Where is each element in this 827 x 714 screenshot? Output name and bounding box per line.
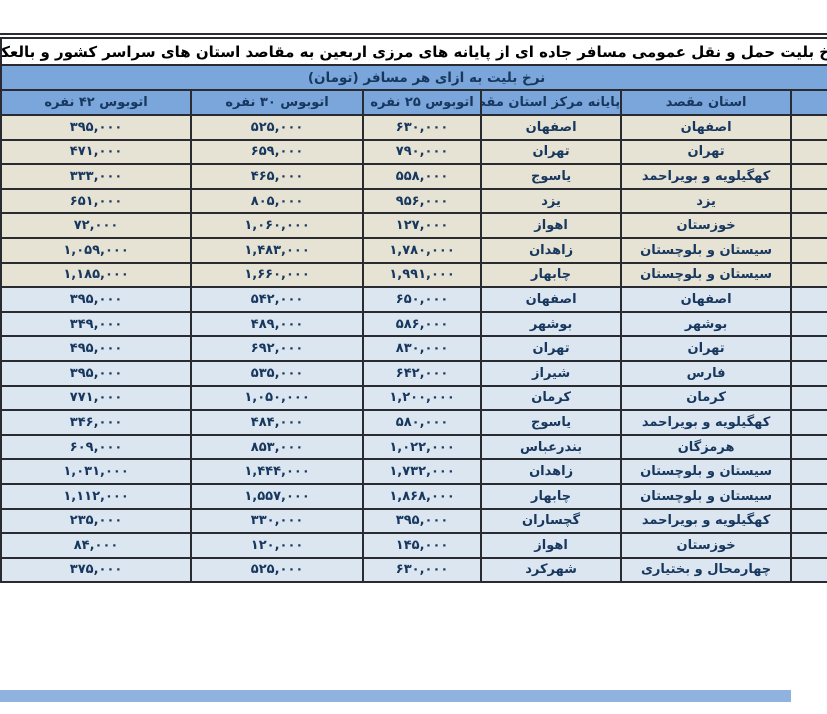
cell-bus42: ۱,۱۸۵,۰۰۰ (1, 263, 191, 288)
table-row: سیستان و بلوچستانزاهدان۱,۷۳۲,۰۰۰۱,۴۴۴,۰۰… (1, 459, 827, 484)
cell-cutoff (791, 361, 827, 386)
table-row: سیستان و بلوچستانزاهدان۱,۷۸۰,۰۰۰۱,۴۸۳,۰۰… (1, 238, 827, 263)
table-row: سیستان و بلوچستانچابهار۱,۹۹۱,۰۰۰۱,۶۶۰,۰۰… (1, 263, 827, 288)
cell-province: بوشهر (621, 312, 791, 337)
cell-terminal: شیراز (481, 361, 621, 386)
table-row: کهگیلویه و بویراحمدیاسوج۵۸۰,۰۰۰۴۸۴,۰۰۰۳۴… (1, 410, 827, 435)
cell-bus42: ۳۹۵,۰۰۰ (1, 115, 191, 140)
cell-bus30: ۳۳۰,۰۰۰ (191, 509, 363, 534)
column-header-row: استان مقصد پایانه مرکز استان مقصد اتوبوس… (1, 90, 827, 115)
cell-bus42: ۴۷۱,۰۰۰ (1, 140, 191, 165)
cell-bus42: ۶۵۱,۰۰۰ (1, 189, 191, 214)
fare-table: نرخ بلیت حمل و نقل عمومی مسافر جاده ای ا… (0, 37, 827, 583)
cell-bus42: ۲۳۵,۰۰۰ (1, 509, 191, 534)
cell-bus42: ۳۴۶,۰۰۰ (1, 410, 191, 435)
cell-bus30: ۶۹۲,۰۰۰ (191, 336, 363, 361)
cell-province: تهران (621, 140, 791, 165)
cell-bus25: ۱۲۷,۰۰۰ (363, 213, 481, 238)
cell-province: خوزستان (621, 533, 791, 558)
cell-bus42: ۱,۰۵۹,۰۰۰ (1, 238, 191, 263)
page: نرخ بلیت حمل و نقل عمومی مسافر جاده ای ا… (0, 0, 827, 714)
cell-bus30: ۱,۴۸۳,۰۰۰ (191, 238, 363, 263)
cell-province: سیستان و بلوچستان (621, 263, 791, 288)
cell-province: سیستان و بلوچستان (621, 459, 791, 484)
cell-bus30: ۵۳۵,۰۰۰ (191, 361, 363, 386)
cell-terminal: یاسوج (481, 410, 621, 435)
cell-cutoff (791, 410, 827, 435)
cell-bus42: ۳۳۳,۰۰۰ (1, 164, 191, 189)
cell-bus30: ۱,۰۵۰,۰۰۰ (191, 386, 363, 411)
cell-cutoff (791, 164, 827, 189)
cell-bus42: ۱,۱۱۲,۰۰۰ (1, 484, 191, 509)
cell-cutoff (791, 386, 827, 411)
cell-bus30: ۱۲۰,۰۰۰ (191, 533, 363, 558)
table-row: چهارمحال و بختیاریشهرکرد۶۳۰,۰۰۰۵۲۵,۰۰۰۳۷… (1, 558, 827, 583)
cell-terminal: چابهار (481, 263, 621, 288)
cell-terminal: چابهار (481, 484, 621, 509)
table-row: بوشهربوشهر۵۸۶,۰۰۰۴۸۹,۰۰۰۳۴۹,۰۰۰ (1, 312, 827, 337)
table-row: کرمانکرمان۱,۲۰۰,۰۰۰۱,۰۵۰,۰۰۰۷۷۱,۰۰۰ (1, 386, 827, 411)
table-row: اصفهاناصفهان۶۵۰,۰۰۰۵۴۲,۰۰۰۳۹۵,۰۰۰ (1, 287, 827, 312)
cell-terminal: اهواز (481, 533, 621, 558)
cell-terminal: کرمان (481, 386, 621, 411)
cell-terminal: یزد (481, 189, 621, 214)
cell-bus30: ۵۲۵,۰۰۰ (191, 558, 363, 583)
subtitle-band: نرخ بلیت به ازای هر مسافر (تومان) (1, 65, 827, 90)
table-row: یزدیزد۹۵۶,۰۰۰۸۰۵,۰۰۰۶۵۱,۰۰۰ (1, 189, 827, 214)
cell-cutoff (791, 509, 827, 534)
cell-terminal: بندرعباس (481, 435, 621, 460)
table-row: کهگیلویه و بویراحمدگچساران۳۹۵,۰۰۰۳۳۰,۰۰۰… (1, 509, 827, 534)
cell-bus25: ۵۸۰,۰۰۰ (363, 410, 481, 435)
cell-bus30: ۵۲۵,۰۰۰ (191, 115, 363, 140)
cell-bus25: ۱,۹۹۱,۰۰۰ (363, 263, 481, 288)
cell-cutoff (791, 558, 827, 583)
cell-bus42: ۳۹۵,۰۰۰ (1, 361, 191, 386)
cell-province: کهگیلویه و بویراحمد (621, 509, 791, 534)
cell-bus25: ۹۵۶,۰۰۰ (363, 189, 481, 214)
cell-bus30: ۴۸۴,۰۰۰ (191, 410, 363, 435)
cell-bus25: ۳۹۵,۰۰۰ (363, 509, 481, 534)
cell-bus25: ۱۴۵,۰۰۰ (363, 533, 481, 558)
cell-bus25: ۵۸۶,۰۰۰ (363, 312, 481, 337)
cell-bus25: ۱,۸۶۸,۰۰۰ (363, 484, 481, 509)
cell-terminal: زاهدان (481, 238, 621, 263)
col-header-province: استان مقصد (621, 90, 791, 115)
cell-bus42: ۴۹۵,۰۰۰ (1, 336, 191, 361)
col-header-bus42: اتوبوس ۴۲ نفره (1, 90, 191, 115)
cell-bus42: ۷۲,۰۰۰ (1, 213, 191, 238)
cell-cutoff (791, 533, 827, 558)
cell-bus30: ۱,۰۶۰,۰۰۰ (191, 213, 363, 238)
cell-bus30: ۴۸۹,۰۰۰ (191, 312, 363, 337)
cell-bus30: ۸۰۵,۰۰۰ (191, 189, 363, 214)
cell-bus25: ۷۹۰,۰۰۰ (363, 140, 481, 165)
cell-cutoff (791, 238, 827, 263)
cell-terminal: گچساران (481, 509, 621, 534)
table-row: فارسشیراز۶۴۲,۰۰۰۵۳۵,۰۰۰۳۹۵,۰۰۰ (1, 361, 827, 386)
cell-terminal: اصفهان (481, 115, 621, 140)
cell-bus25: ۶۴۲,۰۰۰ (363, 361, 481, 386)
table-row: سیستان و بلوچستانچابهار۱,۸۶۸,۰۰۰۱,۵۵۷,۰۰… (1, 484, 827, 509)
cell-bus30: ۱,۵۵۷,۰۰۰ (191, 484, 363, 509)
cell-province: اصفهان (621, 287, 791, 312)
table-title-row: نرخ بلیت حمل و نقل عمومی مسافر جاده ای ا… (1, 38, 827, 65)
bottom-strip (0, 690, 791, 702)
cell-bus25: ۵۵۸,۰۰۰ (363, 164, 481, 189)
table-row: تهرانتهران۷۹۰,۰۰۰۶۵۹,۰۰۰۴۷۱,۰۰۰ (1, 140, 827, 165)
cell-bus42: ۷۷۱,۰۰۰ (1, 386, 191, 411)
cell-terminal: شهرکرد (481, 558, 621, 583)
cell-province: سیستان و بلوچستان (621, 484, 791, 509)
table-row: کهگیلویه و بویراحمدیاسوج۵۵۸,۰۰۰۴۶۵,۰۰۰۳۳… (1, 164, 827, 189)
table-row: خوزستاناهواز۱۲۷,۰۰۰۱,۰۶۰,۰۰۰۷۲,۰۰۰ (1, 213, 827, 238)
cell-bus42: ۳۹۵,۰۰۰ (1, 287, 191, 312)
cell-terminal: بوشهر (481, 312, 621, 337)
cell-cutoff (791, 459, 827, 484)
cell-terminal: یاسوج (481, 164, 621, 189)
table-row: اصفهاناصفهان۶۳۰,۰۰۰۵۲۵,۰۰۰۳۹۵,۰۰۰ (1, 115, 827, 140)
col-header-bus25: اتوبوس ۲۵ نفره (363, 90, 481, 115)
cell-cutoff (791, 140, 827, 165)
cell-bus25: ۸۳۰,۰۰۰ (363, 336, 481, 361)
cell-bus25: ۶۳۰,۰۰۰ (363, 115, 481, 140)
top-border-line (0, 33, 827, 35)
cell-bus42: ۶۰۹,۰۰۰ (1, 435, 191, 460)
cell-province: کهگیلویه و بویراحمد (621, 164, 791, 189)
cell-province: اصفهان (621, 115, 791, 140)
cell-cutoff (791, 312, 827, 337)
cell-bus25: ۱,۷۳۲,۰۰۰ (363, 459, 481, 484)
cell-bus30: ۵۴۲,۰۰۰ (191, 287, 363, 312)
cell-terminal: اهواز (481, 213, 621, 238)
cell-bus30: ۴۶۵,۰۰۰ (191, 164, 363, 189)
cell-bus25: ۶۳۰,۰۰۰ (363, 558, 481, 583)
cell-cutoff (791, 115, 827, 140)
cell-bus25: ۱,۰۲۲,۰۰۰ (363, 435, 481, 460)
cell-province: کرمان (621, 386, 791, 411)
col-header-bus30: اتوبوس ۳۰ نفره (191, 90, 363, 115)
cell-bus42: ۳۴۹,۰۰۰ (1, 312, 191, 337)
cell-bus42: ۱,۰۳۱,۰۰۰ (1, 459, 191, 484)
cell-cutoff (791, 189, 827, 214)
cell-province: فارس (621, 361, 791, 386)
cell-terminal: زاهدان (481, 459, 621, 484)
cell-bus42: ۸۴,۰۰۰ (1, 533, 191, 558)
cell-cutoff (791, 336, 827, 361)
cell-province: خوزستان (621, 213, 791, 238)
page-title: نرخ بلیت حمل و نقل عمومی مسافر جاده ای ا… (1, 38, 827, 65)
cell-province: سیستان و بلوچستان (621, 238, 791, 263)
cell-province: چهارمحال و بختیاری (621, 558, 791, 583)
cell-province: یزد (621, 189, 791, 214)
cell-bus30: ۶۵۹,۰۰۰ (191, 140, 363, 165)
cell-bus30: ۸۵۳,۰۰۰ (191, 435, 363, 460)
cell-terminal: تهران (481, 140, 621, 165)
table-row: هرمزگانبندرعباس۱,۰۲۲,۰۰۰۸۵۳,۰۰۰۶۰۹,۰۰۰ (1, 435, 827, 460)
cell-terminal: تهران (481, 336, 621, 361)
table-row: تهرانتهران۸۳۰,۰۰۰۶۹۲,۰۰۰۴۹۵,۰۰۰ (1, 336, 827, 361)
cell-cutoff (791, 435, 827, 460)
cell-cutoff (791, 263, 827, 288)
table-row: خوزستاناهواز۱۴۵,۰۰۰۱۲۰,۰۰۰۸۴,۰۰۰ (1, 533, 827, 558)
cell-bus25: ۱,۷۸۰,۰۰۰ (363, 238, 481, 263)
cell-terminal: اصفهان (481, 287, 621, 312)
cell-bus42: ۳۷۵,۰۰۰ (1, 558, 191, 583)
subtitle-band-row: نرخ بلیت به ازای هر مسافر (تومان) (1, 65, 827, 90)
cell-bus25: ۱,۲۰۰,۰۰۰ (363, 386, 481, 411)
cell-cutoff (791, 213, 827, 238)
cell-province: تهران (621, 336, 791, 361)
cell-bus30: ۱,۴۴۴,۰۰۰ (191, 459, 363, 484)
cell-bus30: ۱,۶۶۰,۰۰۰ (191, 263, 363, 288)
cell-cutoff (791, 287, 827, 312)
cell-province: کهگیلویه و بویراحمد (621, 410, 791, 435)
col-header-terminal: پایانه مرکز استان مقصد (481, 90, 621, 115)
cell-province: هرمزگان (621, 435, 791, 460)
cell-cutoff (791, 484, 827, 509)
col-header-cutoff (791, 90, 827, 115)
cell-bus25: ۶۵۰,۰۰۰ (363, 287, 481, 312)
